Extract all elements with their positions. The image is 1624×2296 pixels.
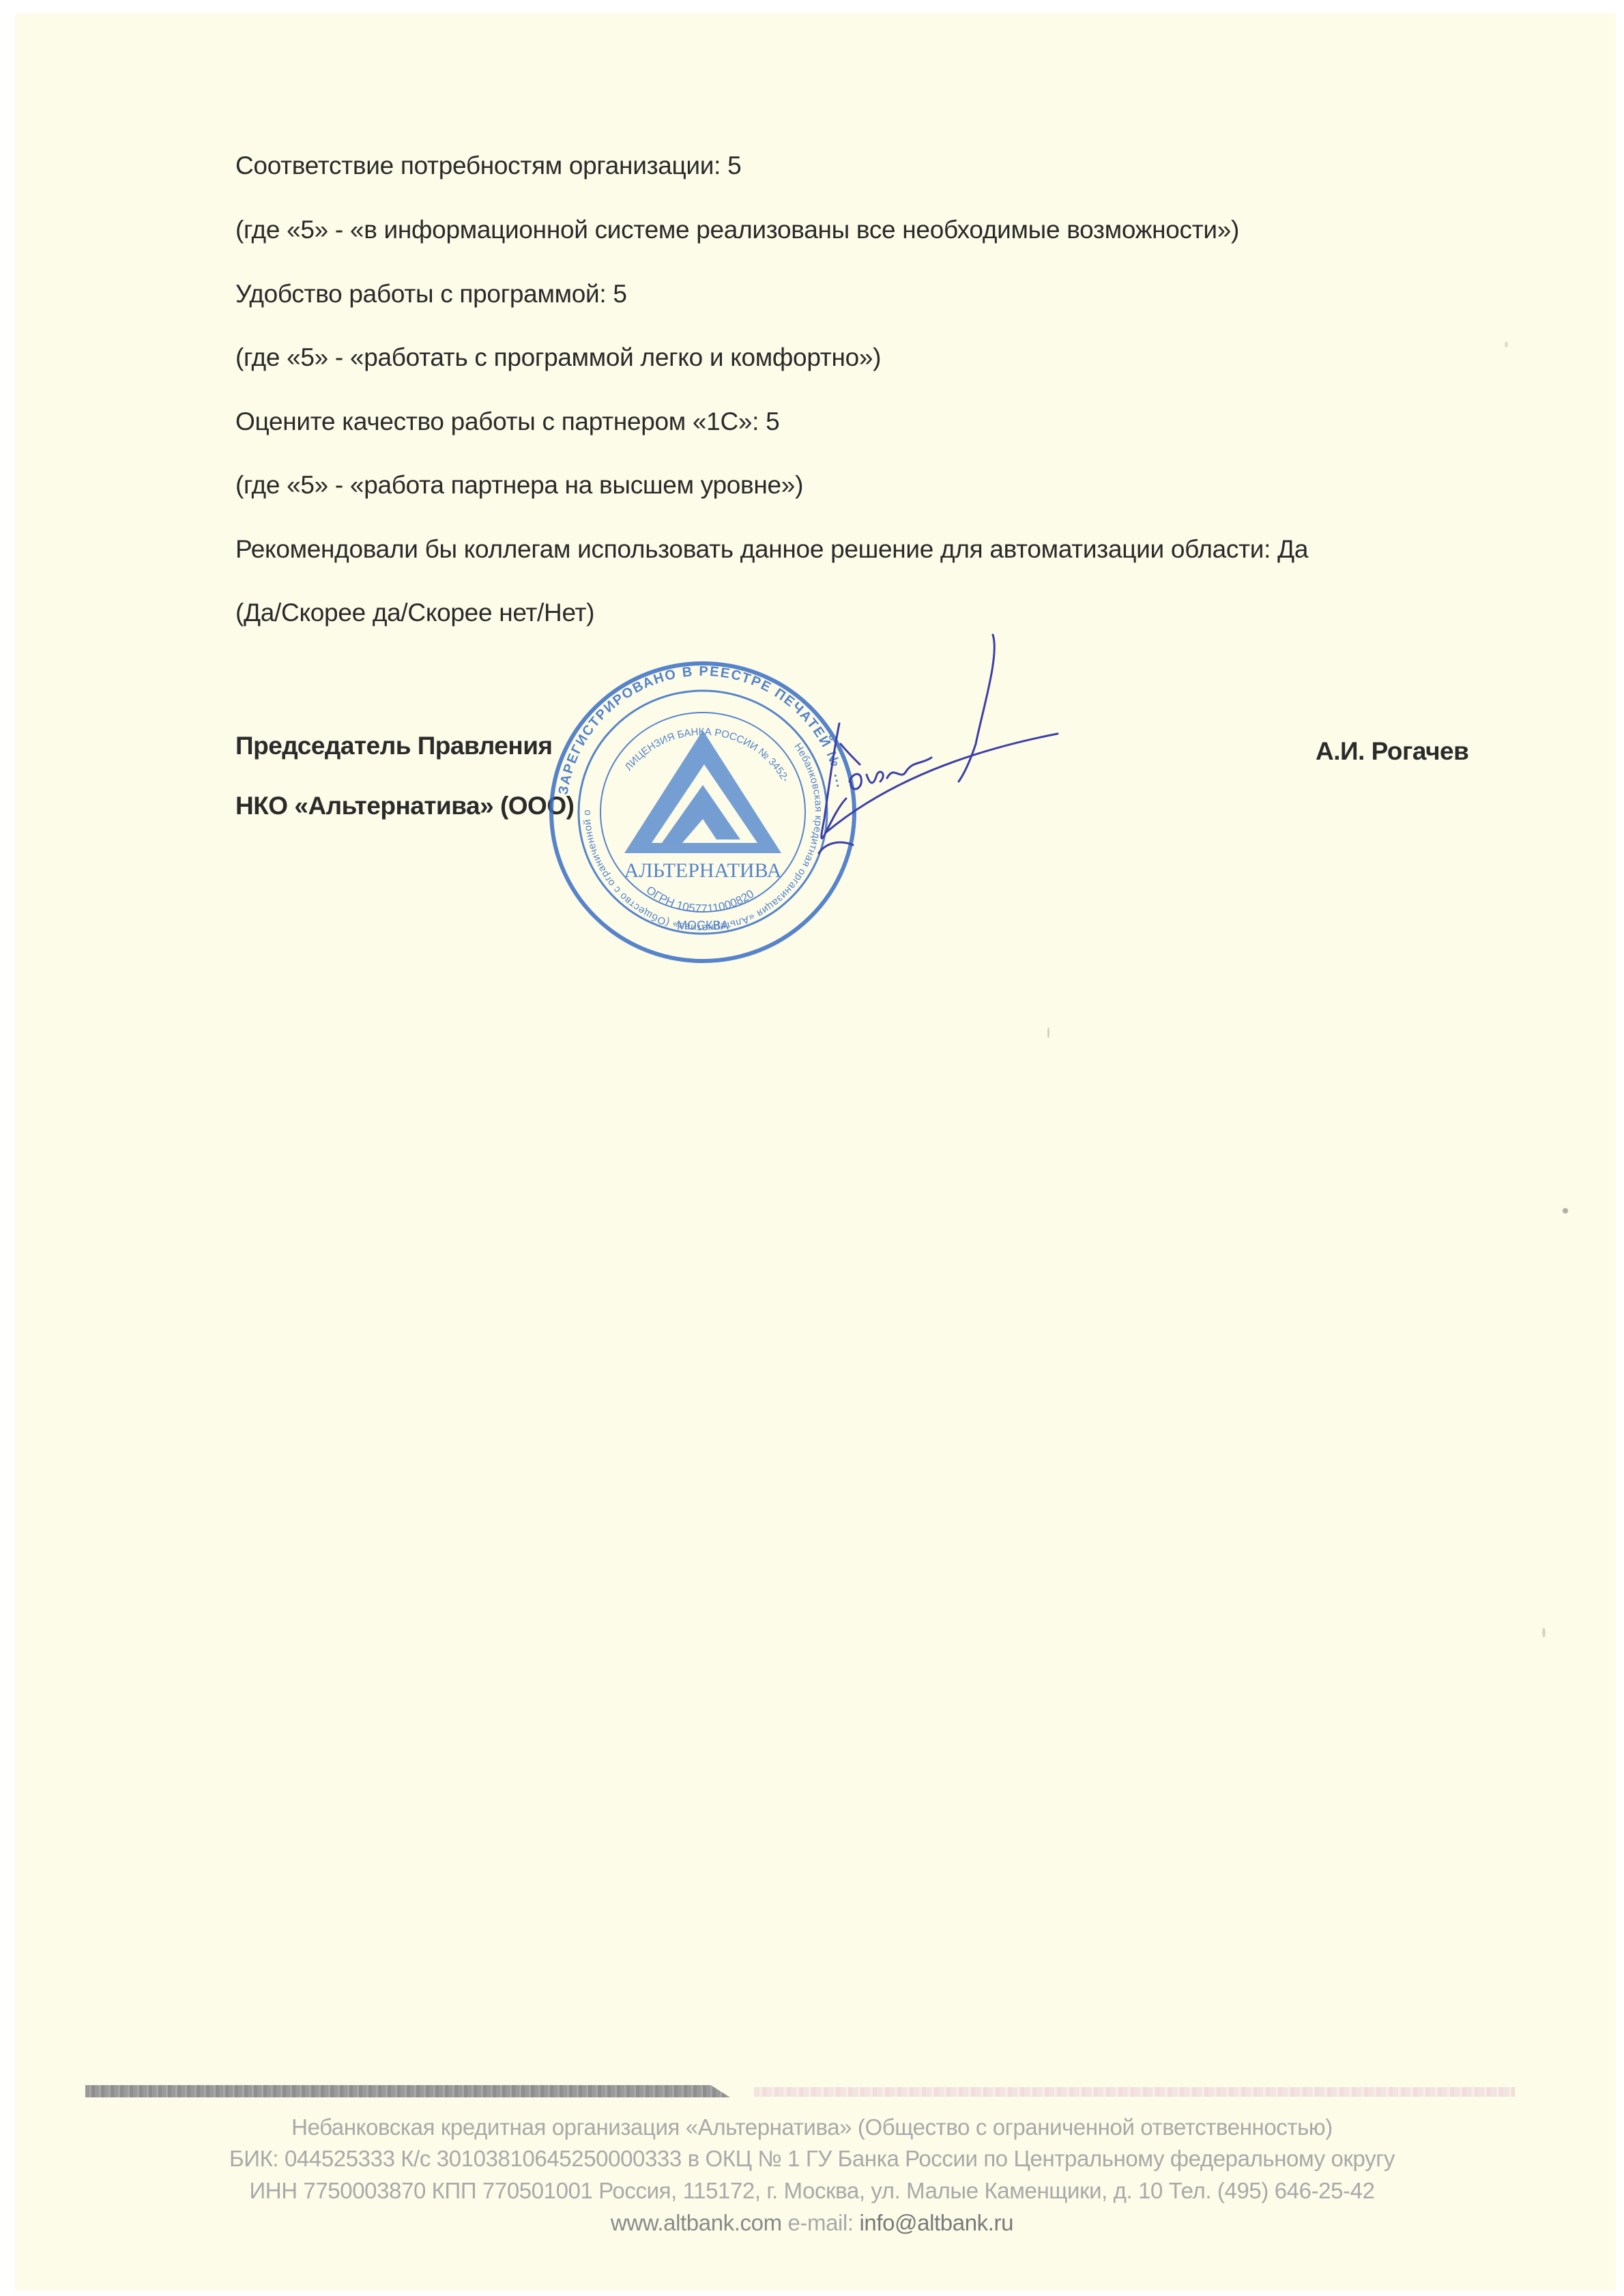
- needs-fit-rating: Соответствие потребностям организации: 5: [235, 152, 741, 180]
- footer-decor-bar-accent: [754, 2087, 1515, 2097]
- partner-quality-rating: Оцените качество работы с партнером «1С»…: [235, 407, 779, 436]
- svg-text:ОГРН 1057711000820: ОГРН 1057711000820: [643, 883, 756, 915]
- usability-rating: Удобство работы с программой: 5: [235, 280, 627, 308]
- footer-decor-bar: [85, 2085, 730, 2097]
- footer-contacts: www.altbank.com e-mail: info@altbank.ru: [0, 2210, 1624, 2236]
- footer-address-phone: ИНН 7750003870 КПП 770501001 Россия, 115…: [0, 2178, 1624, 2204]
- needs-fit-scale-note: (где «5» - «в информационной системе реа…: [235, 216, 1239, 244]
- footer-email-label: e-mail:: [787, 2210, 853, 2235]
- svg-text:АЛЬТЕРНАТИВА: АЛЬТЕРНАТИВА: [624, 859, 782, 882]
- svg-text:МОСКВА: МОСКВА: [677, 919, 729, 932]
- usability-scale-note: (где «5» - «работать с программой легко …: [235, 343, 881, 372]
- signatory-organization: НКО «Альтернатива» (ООО): [235, 792, 574, 820]
- footer-website-link[interactable]: www.altbank.com: [611, 2210, 782, 2235]
- scan-speck: [1542, 1628, 1546, 1637]
- footer-email-link[interactable]: info@altbank.ru: [859, 2210, 1013, 2235]
- footer-company-name: Небанковская кредитная организация «Альт…: [0, 2114, 1624, 2140]
- footer-bank-details: БИК: 044525333 К/с 30103810645250000333 …: [0, 2146, 1624, 2172]
- partner-quality-scale-note: (где «5» - «работа партнера на высшем ур…: [235, 471, 803, 500]
- signatory-name: А.И. Рогачев: [1316, 737, 1468, 766]
- recommendation-options: (Да/Скорее да/Скорее нет/Нет): [235, 599, 594, 627]
- signatory-title: Председатель Правления: [235, 732, 553, 760]
- handwritten-signature-icon: [785, 628, 1071, 887]
- recommendation-answer: Рекомендовали бы коллегам использовать д…: [235, 535, 1308, 564]
- scan-speck: [1047, 1027, 1049, 1038]
- scan-speck: [1505, 341, 1508, 347]
- scan-speck: [1563, 1208, 1568, 1214]
